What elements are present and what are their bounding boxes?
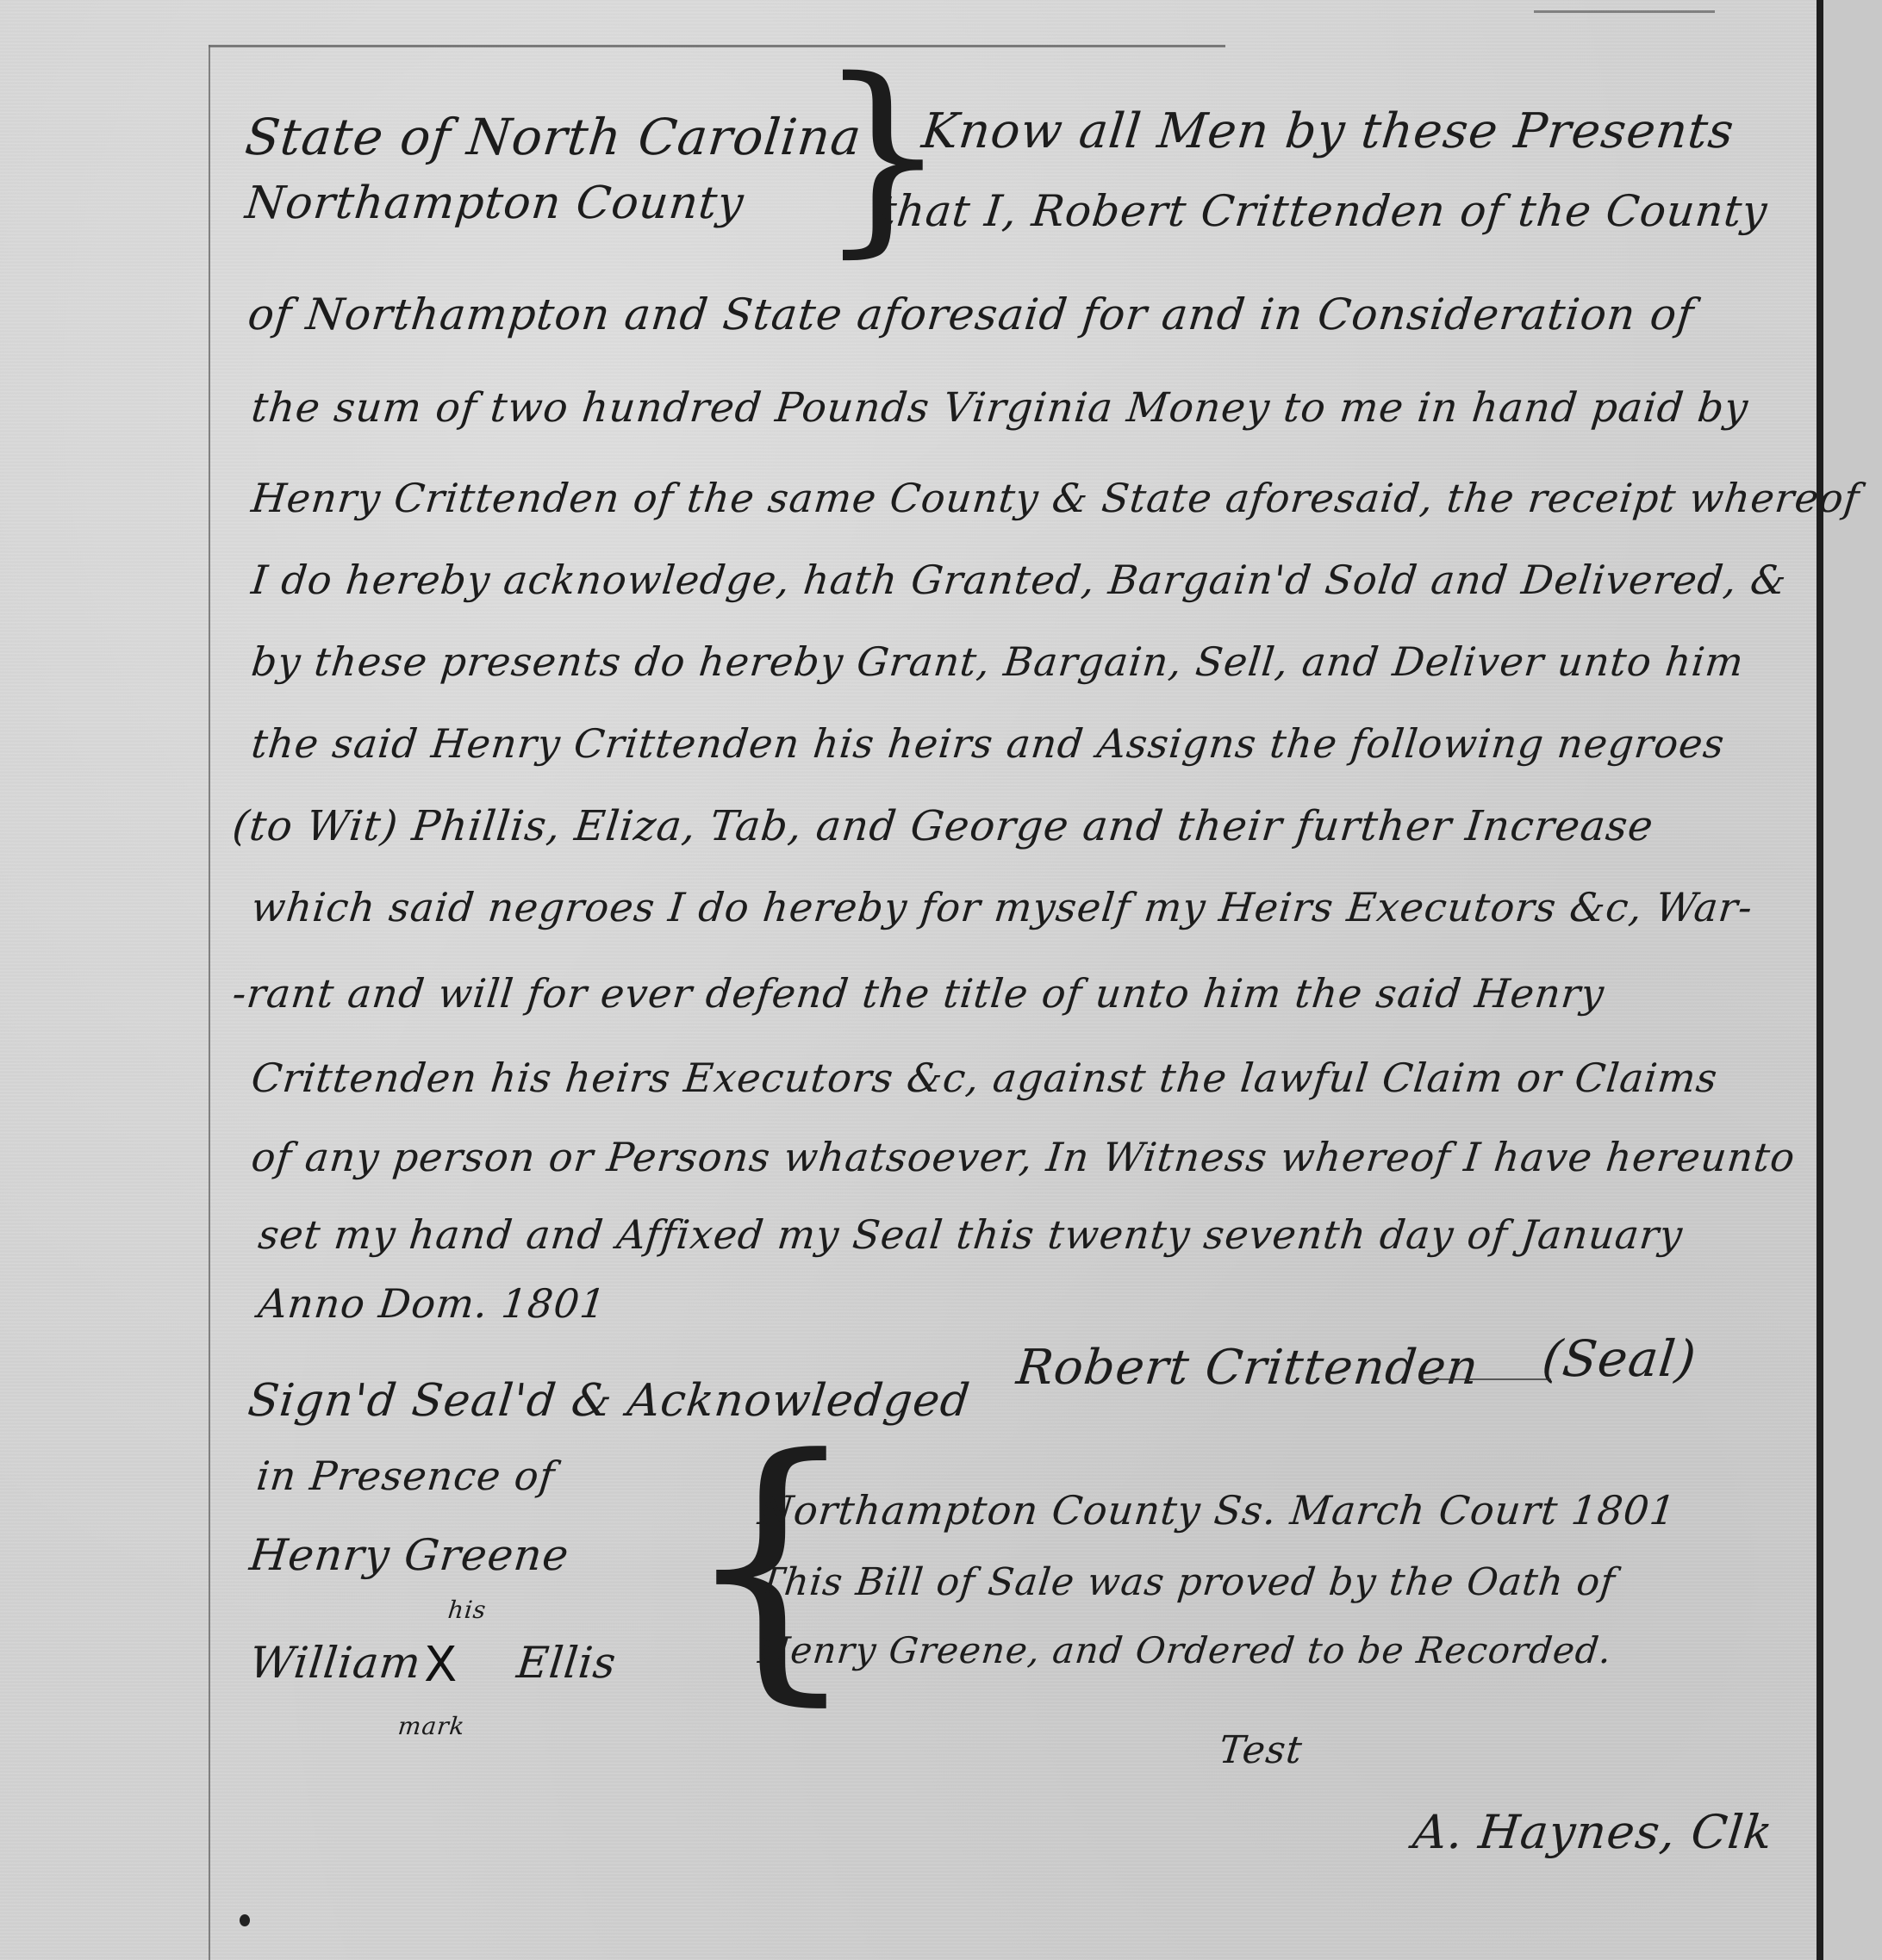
witness-x-mark: X [424,1641,457,1689]
page-edge-border [1817,0,1823,1960]
signature-flourish [1422,1378,1551,1380]
heading-state: State of North Carolina [243,112,864,162]
top-rule [209,45,1225,47]
body-line-13: of any person or Persons whatsoever, In … [250,1137,1798,1177]
witness-henry-greene: Henry Greene [247,1534,571,1577]
mark-label: mark [397,1714,467,1739]
body-line-14: set my hand and Affixed my Seal this twe… [257,1215,1686,1254]
body-line-15-date: Anno Dom. 1801 [257,1284,608,1323]
body-line-10: which said negroes I do hereby for mysel… [250,887,1755,927]
teste-label: Test [1218,1732,1305,1770]
body-line-7: by these presents do hereby Grant, Barga… [250,642,1746,681]
body-line-5: Henry Crittenden of the same County & St… [250,478,1862,518]
heading-county: Northampton County [243,181,746,226]
mark-his-label: his [447,1598,488,1622]
body-line-11: -rant and will for ever defend the title… [231,974,1607,1013]
attestation-line-2: in Presence of [255,1456,558,1496]
signature-robert-crittenden: Robert Crittenden [1014,1344,1481,1392]
top-rule-right [1534,10,1715,13]
body-line-1: Know all Men by these Presents [919,108,1736,156]
court-note-line-3: Henry Greene, and Ordered to be Recorded… [757,1633,1614,1669]
court-note-line-1: Northampton County Ss. March Court 1801 [757,1490,1679,1530]
body-line-6: I do hereby acknowledge, hath Granted, B… [250,560,1789,600]
witness-william: William [247,1641,423,1684]
left-margin-line [209,45,210,1960]
seal-mark: (Seal) [1540,1334,1699,1384]
body-line-8: the said Henry Crittenden his heirs and … [250,724,1727,763]
court-note-line-2: This Bill of Sale was proved by the Oath… [757,1564,1617,1602]
witness-ellis: Ellis [514,1641,618,1684]
clerk-signature: A. Haynes, Clk [1411,1809,1775,1856]
body-line-12: Crittenden his heirs Executors &c, again… [250,1058,1720,1098]
body-line-2: that I, Robert Crittenden of the County [876,190,1769,233]
body-line-4: the sum of two hundred Pounds Virginia M… [250,388,1751,428]
body-line-3: of Northampton and State aforesaid for a… [246,293,1696,336]
page-edge-strip [1823,0,1882,1960]
attestation-line-1: Sign'd Seal'd & Acknowledged [246,1378,972,1423]
ink-blot [240,1914,250,1926]
body-line-9: (to Wit) Phillis, Eliza, Tab, and George… [230,806,1655,847]
